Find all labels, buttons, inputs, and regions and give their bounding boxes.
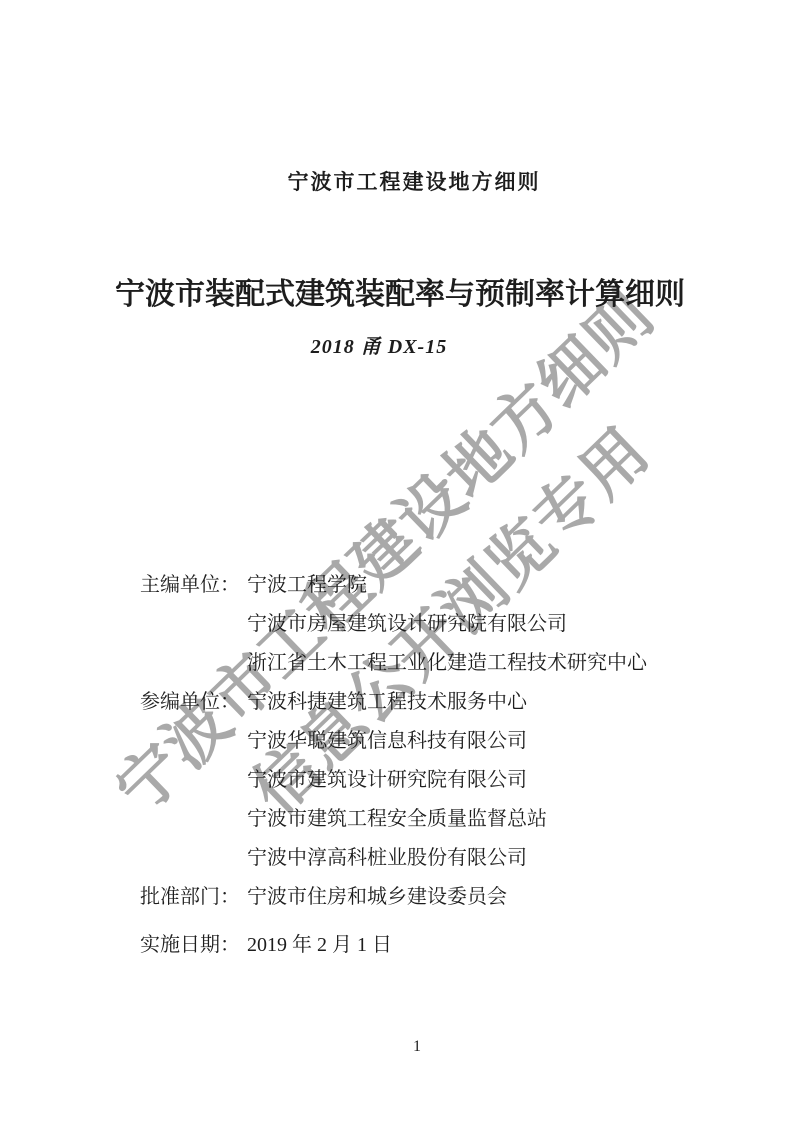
info-row: 主编单位： 宁波工程学院 [140,572,647,611]
info-value: 浙江省土木工程工业化建造工程技术研究中心 [247,650,647,677]
info-row: 实施日期： 2019 年 2 月 1 日 [140,932,647,971]
info-value: 宁波中淳高科桩业股份有限公司 [247,845,527,872]
info-row: 批准部门： 宁波市住房和城乡建设委员会 [140,884,647,923]
info-row: 宁波中淳高科桩业股份有限公司 [140,845,647,884]
info-label-chief-editor: 主编单位： [140,572,247,599]
info-value: 宁波市建筑工程安全质量监督总站 [247,806,547,833]
info-value: 2019 年 2 月 1 日 [247,932,392,959]
info-block: 主编单位： 宁波工程学院 宁波市房屋建筑设计研究院有限公司 浙江省土木工程工业化… [140,572,647,971]
info-value: 宁波工程学院 [247,572,367,599]
info-row: 宁波市房屋建筑设计研究院有限公司 [140,611,647,650]
info-value: 宁波市住房和城乡建设委员会 [247,884,507,911]
info-row: 宁波华聪建筑信息科技有限公司 [140,728,647,767]
doc-number: 2018 甬 DX-15 [0,330,758,359]
info-value: 宁波市房屋建筑设计研究院有限公司 [247,611,567,638]
info-value: 宁波市建筑设计研究院有限公司 [247,767,527,794]
info-row: 宁波市建筑工程安全质量监督总站 [140,806,647,845]
info-value: 宁波华聪建筑信息科技有限公司 [247,728,527,755]
info-label-co-editor: 参编单位： [140,689,247,716]
info-label-approval-dept: 批准部门： [140,884,247,911]
page-number: 1 [0,1038,800,1056]
info-value: 宁波科捷建筑工程技术服务中心 [247,689,527,716]
info-row: 宁波市建筑设计研究院有限公司 [140,767,647,806]
info-label-effective-date: 实施日期： [140,932,247,959]
document-page: 宁波市工程建设地方细则 信息公开浏览专用 宁波市工程建设地方细则 宁波市装配式建… [0,0,800,1131]
main-title: 宁波市装配式建筑装配率与预制率计算细则 [0,269,800,313]
info-row: 浙江省土木工程工业化建造工程技术研究中心 [140,650,647,689]
info-row: 参编单位： 宁波科捷建筑工程技术服务中心 [140,689,647,728]
series-title: 宁波市工程建设地方细则 [0,166,800,196]
